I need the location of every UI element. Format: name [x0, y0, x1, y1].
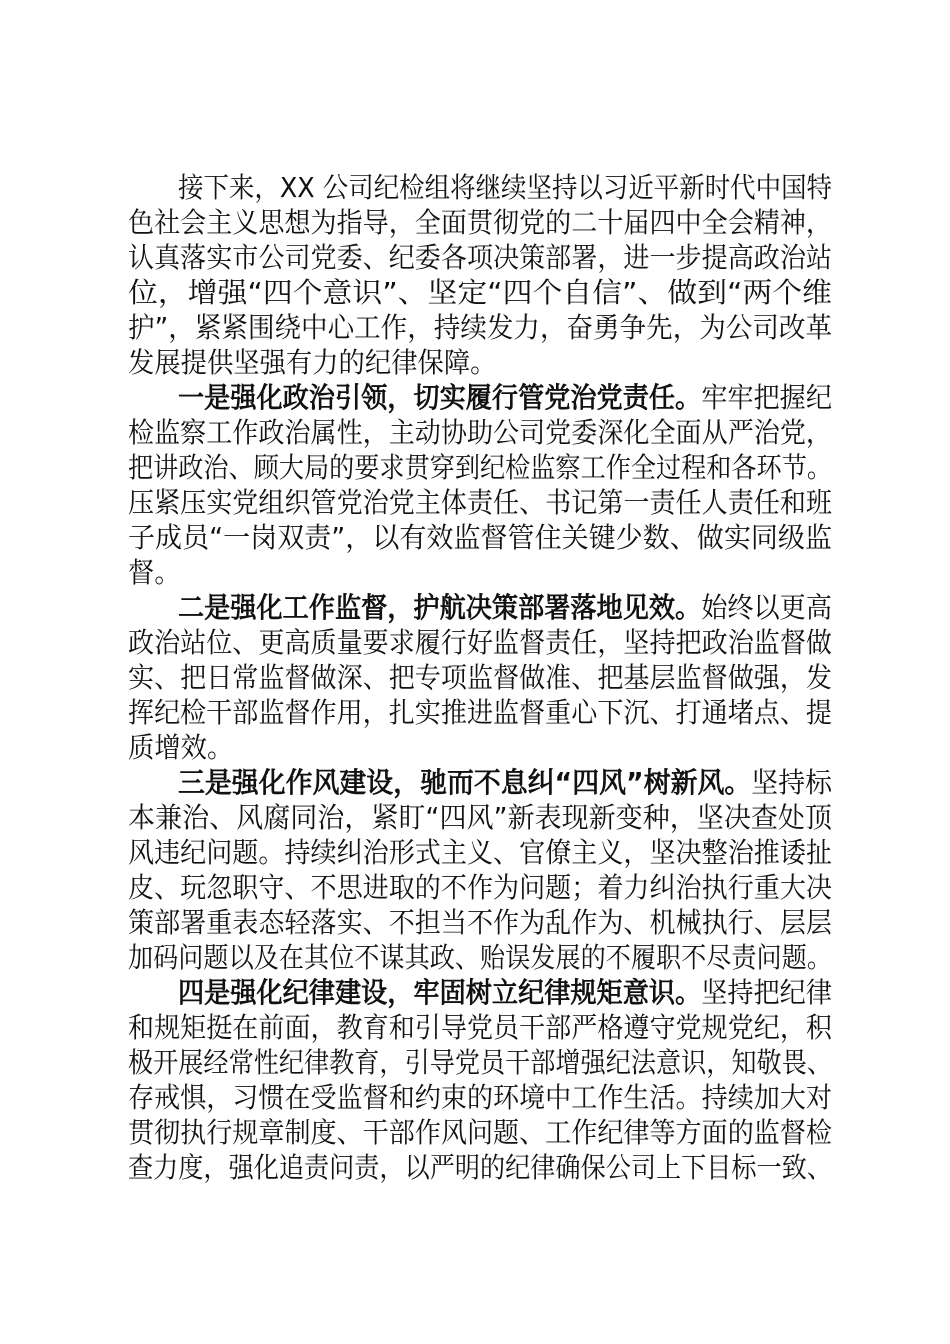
text-line: 压紧压实党组织管党治党主体责任、书记第一责任人责任和班	[128, 485, 832, 520]
text-line: 政治站位、更高质量要求履行好监督责任，坚持把政治监督做	[128, 625, 832, 660]
document-page: 接下来，XX 公司纪检组将继续坚持以习近平新时代中国特 色社会主义思想为指导，全…	[0, 0, 950, 1344]
text-run: 始终以更高	[701, 591, 832, 624]
paragraph-political-guidance: 一是强化政治引领，切实履行管党治党责任。牢牢把握纪 检监察工作政治属性，主动协助…	[128, 380, 832, 590]
paragraph-discipline: 四是强化纪律建设，牢固树立纪律规矩意识。坚持把纪律 和规矩挺在前面，教育和引导党…	[128, 975, 832, 1185]
text-line: 策部署重表态轻落实、不担当不作为乱作为、机械执行、层层	[128, 905, 832, 940]
text-line: 子成员“一岗双责”，以有效监督管住关键少数、做实同级监	[128, 520, 832, 555]
text-line: 加码问题以及在其位不谋其政、贻误发展的不履职不尽责问题。	[128, 940, 832, 975]
text-line: 色社会主义思想为指导，全面贯彻党的二十届四中全会精神，	[128, 205, 832, 240]
text-line: 查力度，强化追责问责，以严明的纪律确保公司上下目标一致、	[128, 1150, 832, 1185]
text-line: 挥纪检干部监督作用，扎实推进监督重心下沉、打通堵点、提	[128, 695, 832, 730]
text-run: 坚持把纪律	[701, 976, 832, 1009]
text-run: 牢牢把握纪	[701, 381, 832, 414]
text-line: 风违纪问题。持续纠治形式主义、官僚主义，坚决整治推诿扯	[128, 835, 832, 870]
text-line: 极开展经常性纪律教育，引导党员干部增强纪法意识，知敬畏、	[128, 1045, 832, 1080]
document-body: 接下来，XX 公司纪检组将继续坚持以习近平新时代中国特 色社会主义思想为指导，全…	[128, 170, 832, 1185]
text-line: 把讲政治、顾大局的要求贯穿到纪检监察工作全过程和各环节。	[128, 450, 832, 485]
paragraph-work-style: 三是强化作风建设，驰而不息纠“四风”树新风。坚持标 本兼治、风腐同治，紧盯“四风…	[128, 765, 832, 975]
text-line: 护”，紧紧围绕中心工作，持续发力，奋勇争先，为公司改革	[128, 310, 832, 345]
text-line: 发展提供坚强有力的纪律保障。	[128, 345, 832, 380]
paragraph-heading: 三是强化作风建设，驰而不息纠“四风”树新风。	[178, 766, 751, 799]
paragraph-heading: 二是强化工作监督，护航决策部署落地见效。	[178, 591, 701, 624]
text-line: 存戒惧，习惯在受监督和约束的环境中工作生活。持续加大对	[128, 1080, 832, 1115]
text-line: 实、把日常监督做深、把专项监督做准、把基层监督做强，发	[128, 660, 832, 695]
text-run: 坚持标	[751, 766, 832, 799]
text-line: 四是强化纪律建设，牢固树立纪律规矩意识。坚持把纪律	[128, 975, 832, 1010]
paragraph-work-supervision: 二是强化工作监督，护航决策部署落地见效。始终以更高 政治站位、更高质量要求履行好…	[128, 590, 832, 765]
paragraph-heading: 四是强化纪律建设，牢固树立纪律规矩意识。	[178, 976, 701, 1009]
text-line: 督。	[128, 555, 832, 590]
text-line: 位，增强“四个意识”、坚定“四个自信”、做到“两个维	[128, 275, 832, 310]
paragraph-intro: 接下来，XX 公司纪检组将继续坚持以习近平新时代中国特 色社会主义思想为指导，全…	[128, 170, 832, 380]
text-line: 和规矩挺在前面，教育和引导党员干部严格遵守党规党纪，积	[128, 1010, 832, 1045]
text-line: 本兼治、风腐同治，紧盯“四风”新表现新变种，坚决查处顶	[128, 800, 832, 835]
paragraph-heading: 一是强化政治引领，切实履行管党治党责任。	[178, 381, 701, 414]
text-line: 认真落实市公司党委、纪委各项决策部署，进一步提高政治站	[128, 240, 832, 275]
text-line: 三是强化作风建设，驰而不息纠“四风”树新风。坚持标	[128, 765, 832, 800]
text-line: 接下来，XX 公司纪检组将继续坚持以习近平新时代中国特	[128, 170, 832, 205]
text-line: 皮、玩忽职守、不思进取的不作为问题；着力纠治执行重大决	[128, 870, 832, 905]
text-line: 贯彻执行规章制度、干部作风问题、工作纪律等方面的监督检	[128, 1115, 832, 1150]
text-line: 一是强化政治引领，切实履行管党治党责任。牢牢把握纪	[128, 380, 832, 415]
text-line: 质增效。	[128, 730, 832, 765]
text-line: 二是强化工作监督，护航决策部署落地见效。始终以更高	[128, 590, 832, 625]
text-line: 检监察工作政治属性，主动协助公司党委深化全面从严治党，	[128, 415, 832, 450]
